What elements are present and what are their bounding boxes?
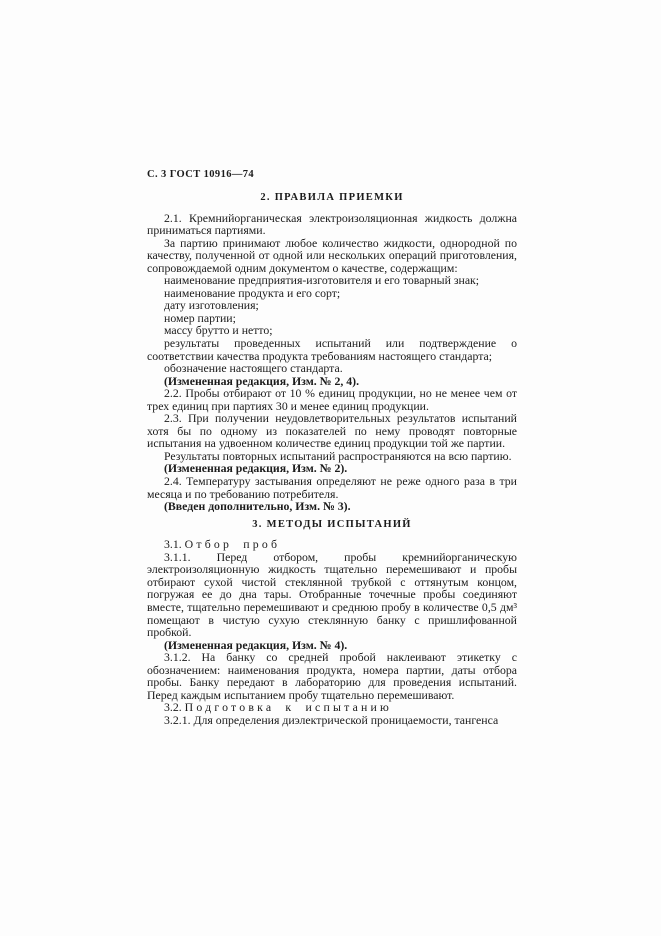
document-page: С. 3 ГОСТ 10916—74 2. ПРАВИЛА ПРИЕМКИ 2.… bbox=[0, 0, 661, 936]
paragraph-2-4: 2.4. Температуру застывания определяют н… bbox=[147, 475, 517, 500]
document-requirement-item: наименование предприятия-изготовителя и … bbox=[147, 274, 517, 287]
paragraph-2-1: 2.1. Кремнийорганическая электроизоляцио… bbox=[147, 212, 517, 237]
paragraph-batch-definition: За партию принимают любое количество жид… bbox=[147, 237, 517, 275]
paragraph-3-1-1: 3.1.1. Перед отбором, пробы кремнийорган… bbox=[147, 551, 517, 639]
section-acceptance-heading: 2. ПРАВИЛА ПРИЕМКИ bbox=[147, 192, 517, 205]
section-methods-heading: 3. МЕТОДЫ ИСПЫТАНИЙ bbox=[147, 519, 517, 532]
subsection-3-2-heading: 3.2. Подготовка к испытанию bbox=[147, 701, 517, 714]
paragraph-2-3: 2.3. При получении неудовлетворительных … bbox=[147, 412, 517, 450]
document-requirement-item: обозначение настоящего стандарта. bbox=[147, 362, 517, 375]
paragraph-3-1-2: 3.1.2. На банку со средней пробой наклеи… bbox=[147, 651, 517, 701]
subsection-3-1-heading: 3.1. Отбор проб bbox=[147, 538, 517, 551]
document-requirement-item: результаты проведенных испытаний или под… bbox=[147, 337, 517, 362]
addition-note-izm-3: (Введен дополнительно, Изм. № 3). bbox=[147, 500, 517, 513]
page-content: С. 3 ГОСТ 10916—74 2. ПРАВИЛА ПРИЕМКИ 2.… bbox=[147, 169, 517, 726]
paragraph-2-2: 2.2. Пробы отбирают от 10 % единиц проду… bbox=[147, 387, 517, 412]
page-header: С. 3 ГОСТ 10916—74 bbox=[147, 169, 517, 180]
paragraph-3-2-1: 3.2.1. Для определения диэлектрической п… bbox=[147, 714, 517, 727]
